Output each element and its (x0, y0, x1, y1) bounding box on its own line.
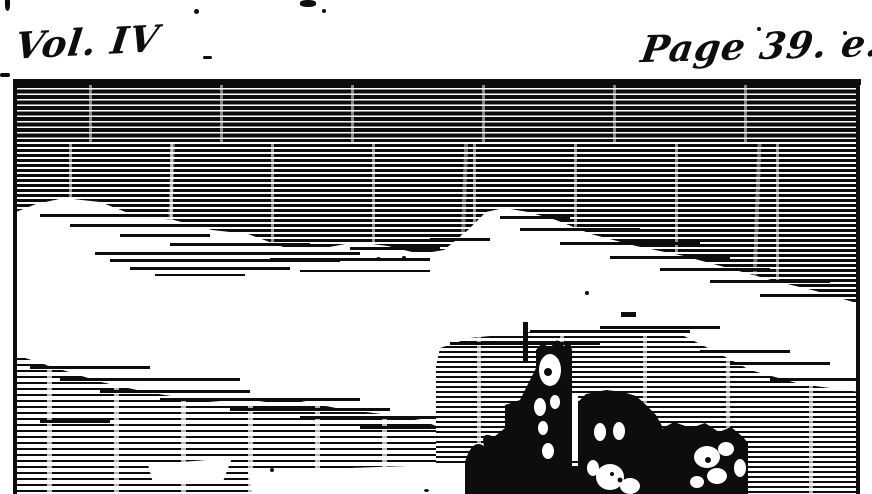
book-page-scan: Vol. IV Page 39. e. (0, 0, 872, 494)
hatch-fragment (760, 294, 850, 297)
ink-speck (270, 468, 274, 472)
ink-speck (376, 257, 381, 261)
hatch-fragment (170, 243, 310, 246)
cloud-wisp (130, 267, 290, 270)
hatch-fragment (500, 216, 570, 219)
ink-speck (322, 9, 326, 13)
ink-speck (424, 489, 429, 492)
cloud-wisp (300, 270, 430, 272)
plate-border-top (13, 79, 861, 85)
hatch-fragment (60, 378, 240, 381)
hatch-fragment (660, 268, 770, 271)
ink-speck (194, 9, 199, 14)
ink-speck (757, 27, 761, 31)
ink-speck (300, 0, 316, 7)
ink-speck (5, 0, 10, 11)
hatch-fragment (710, 280, 830, 283)
sky-dark-band (16, 84, 860, 142)
hatch-fragment (120, 234, 210, 237)
cloud-wisp (270, 258, 430, 261)
floating-dash (621, 312, 636, 317)
plate-border-left (13, 79, 17, 494)
hatch-fragment (430, 238, 490, 241)
hatch-fragment (100, 390, 250, 393)
hatch-fragment (770, 378, 860, 381)
ink-speck (203, 56, 212, 59)
hatch-fragment (30, 366, 150, 369)
cloud-wisp (95, 252, 285, 255)
castle-illustration (460, 310, 750, 494)
hatch-fragment (40, 214, 150, 217)
ink-speck (0, 73, 10, 77)
ink-speck (402, 256, 406, 259)
hatch-fragment (610, 256, 730, 259)
engraving-plate (0, 0, 872, 494)
tree-clump (465, 428, 505, 494)
hatch-fragment (350, 247, 440, 250)
hatch-fragment (520, 228, 640, 231)
hatch-fragment (160, 398, 360, 401)
hatch-fragment (70, 224, 220, 227)
cloud-wisp (155, 274, 245, 276)
ink-speck (585, 291, 589, 295)
plate-border-right (856, 79, 860, 494)
hatch-fragment (40, 420, 110, 423)
hatch-fragment (230, 408, 390, 411)
castle-flagpole (523, 322, 528, 362)
ink-speck (843, 31, 847, 35)
hatch-fragment (560, 242, 700, 245)
